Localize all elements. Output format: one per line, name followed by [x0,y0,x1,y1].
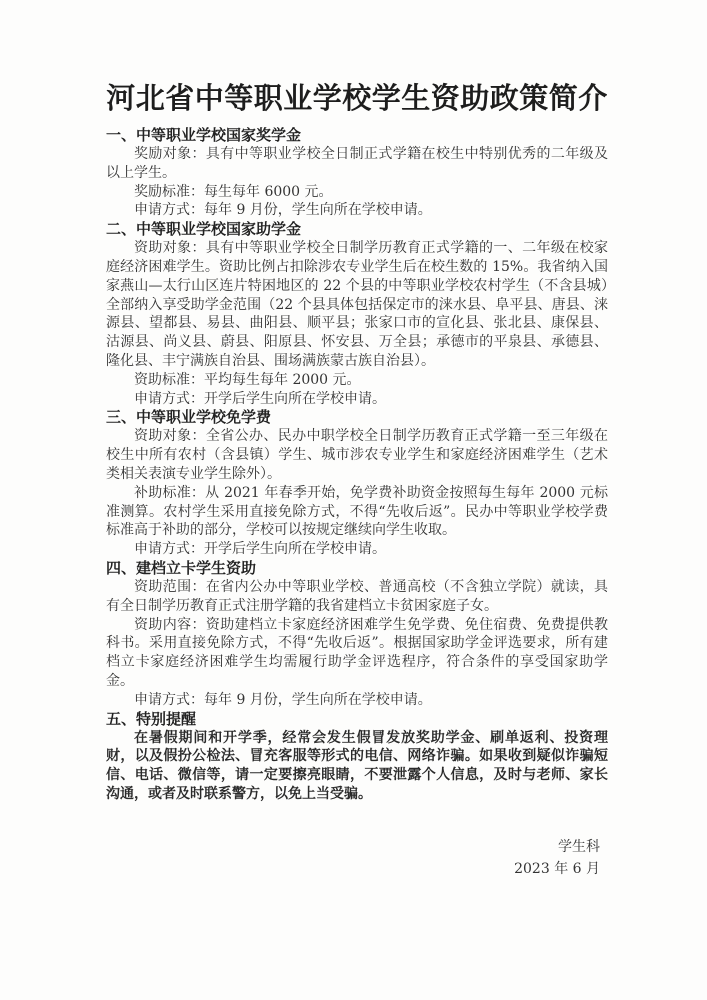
section-national-scholarship: 一、中等职业学校国家奖学金 奖励对象：具有中等职业学校全日制正式学籍在校生中特别… [106,126,608,220]
paragraph-waiver-target: 资助对象：全省公办、民办中职学校全日制学历教育正式学籍一至三年级在校生中所有农村… [106,427,608,483]
paragraph-aid-scope: 资助范围：在省内公办中等职业学校、普通高校（不含独立学院）就读，具有全日制学历教… [106,578,608,616]
paragraph-fraud-warning: 在暑假期间和开学季，经常会发生假冒发放奖助学金、刷单返利、投资理财，以及假扮公检… [106,729,608,804]
section-registered-poor-students: 四、建档立卡学生资助 资助范围：在省内公办中等职业学校、普通高校（不含独立学院）… [106,559,608,710]
section-heading: 五、特别提醒 [106,710,608,729]
paragraph-apply-method: 申请方式：开学后学生向所在学校申请。 [106,390,608,409]
section-heading: 一、中等职业学校国家奖学金 [106,126,608,145]
signature-department: 学生科 [106,836,600,858]
paragraph-grant-target: 资助对象：具有中等职业学校全日制学历教育正式学籍的一、二年级在校家庭经济困难学生… [106,239,608,371]
section-tuition-waiver: 三、中等职业学校免学费 资助对象：全省公办、民办中职学校全日制学历教育正式学籍一… [106,408,608,559]
signature-date: 2023 年 6 月 [106,858,600,880]
paragraph-apply-method: 申请方式：每年 9 月份，学生向所在学校申请。 [106,691,608,710]
section-heading: 四、建档立卡学生资助 [106,559,608,578]
page-title: 河北省中等职业学校学生资助政策简介 [106,80,608,116]
section-heading: 三、中等职业学校免学费 [106,408,608,427]
paragraph-grant-standard: 资助标准：平均每生每年 2000 元。 [106,371,608,390]
paragraph-apply-method: 申请方式：开学后学生向所在学校申请。 [106,540,608,559]
paragraph-award-standard: 奖励标准：每生每年 6000 元。 [106,183,608,202]
section-national-grant: 二、中等职业学校国家助学金 资助对象：具有中等职业学校全日制学历教育正式学籍的一… [106,220,608,408]
paragraph-subsidy-standard: 补助标准：从 2021 年春季开始，免学费补助资金按照每生每年 2000 元标准… [106,484,608,540]
paragraph-award-target: 奖励对象：具有中等职业学校全日制正式学籍在校生中特别优秀的二年级及以上学生。 [106,145,608,183]
section-special-reminder: 五、特别提醒 在暑假期间和开学季，经常会发生假冒发放奖助学金、刷单返利、投资理财… [106,710,608,804]
document-content: 河北省中等职业学校学生资助政策简介 一、中等职业学校国家奖学金 奖励对象：具有中… [106,80,608,880]
paragraph-aid-content: 资助内容：资助建档立卡家庭经济困难学生免学费、免住宿费、免费提供教科书。采用直接… [106,616,608,691]
signature-block: 学生科 2023 年 6 月 [106,836,608,880]
section-heading: 二、中等职业学校国家助学金 [106,220,608,239]
document-page: 河北省中等职业学校学生资助政策简介 一、中等职业学校国家奖学金 奖励对象：具有中… [0,0,707,1000]
paragraph-apply-method: 申请方式：每年 9 月份，学生向所在学校申请。 [106,201,608,220]
